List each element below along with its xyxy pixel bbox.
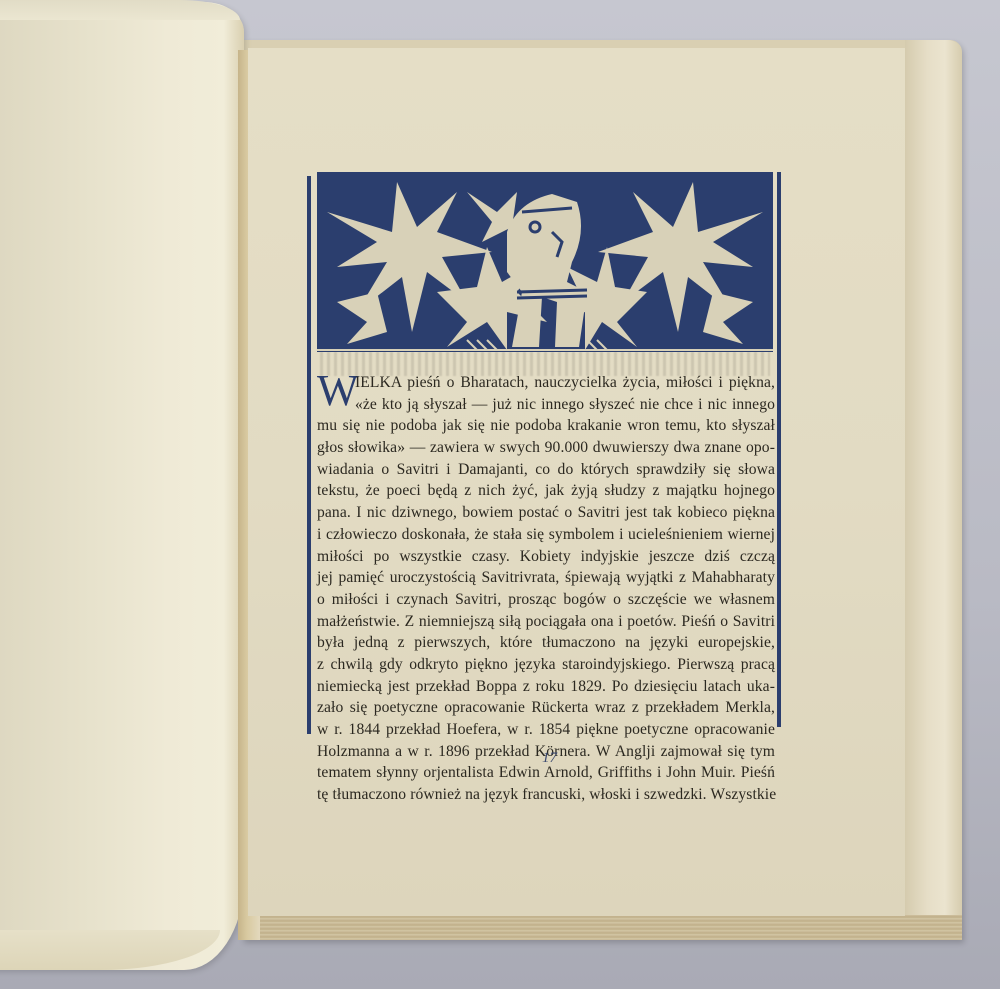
page-stack-bottom-edge (242, 915, 962, 940)
text-line: IELKA pieśń o Bharatach, nauczycielka ży… (317, 372, 775, 394)
text-line: niemiecką jest przekład Boppa z roku 182… (317, 676, 775, 698)
page-stack-edge (905, 40, 962, 920)
leaves-figure-icon (317, 172, 773, 352)
text-line: tę tłumaczono również na język francuski… (317, 784, 775, 806)
woodcut-illustration (317, 172, 773, 352)
text-line: pana. I nic dziwnego, bowiem postać o Sa… (317, 502, 775, 524)
text-line: była jedną z pierwszych, które tłumaczon… (317, 632, 775, 654)
text-line: jej pamięć uroczystością Savitrivrata, ś… (317, 567, 775, 589)
text-line: wiadania o Savitri i Damajanti, co do kt… (317, 459, 775, 481)
text-line: mu się nie podoba jak się nie podoba kra… (317, 415, 775, 437)
text-line: «że kto ją słyszał — już nic innego słys… (317, 394, 775, 416)
text-line: z chwilą gdy odkryto piękno języka staro… (317, 654, 775, 676)
text-line: miłości po wszystkie czasy. Kobiety indy… (317, 546, 775, 568)
text-frame: W IELKA pieśń o Bharatach, nauczycielka … (307, 172, 789, 734)
text-line: i człowieczo doskonała, że stała się sym… (317, 524, 775, 546)
body-text: IELKA pieśń o Bharatach, nauczycielka ży… (317, 372, 775, 806)
text-line: zało się poetyczne opracowanie Rückerta … (317, 697, 775, 719)
text-line: w r. 1844 przekład Hoefera, w r. 1854 pi… (317, 719, 775, 741)
text-line: małżeństwie. Z niemniejszą siłą pociągał… (317, 611, 775, 633)
left-blue-rule (307, 176, 311, 734)
text-line: o miłości i czynach Savitri, prosząc bog… (317, 589, 775, 611)
left-page (0, 2, 244, 970)
left-page-top-edge (0, 0, 240, 20)
text-line: tekstu, że poeci będą z nich żyć, jak ży… (317, 480, 775, 502)
text-line: głos słowika» — zawiera w swych 90.000 d… (317, 437, 775, 459)
page-number: 17 (542, 750, 557, 767)
right-blue-rule (777, 172, 781, 727)
